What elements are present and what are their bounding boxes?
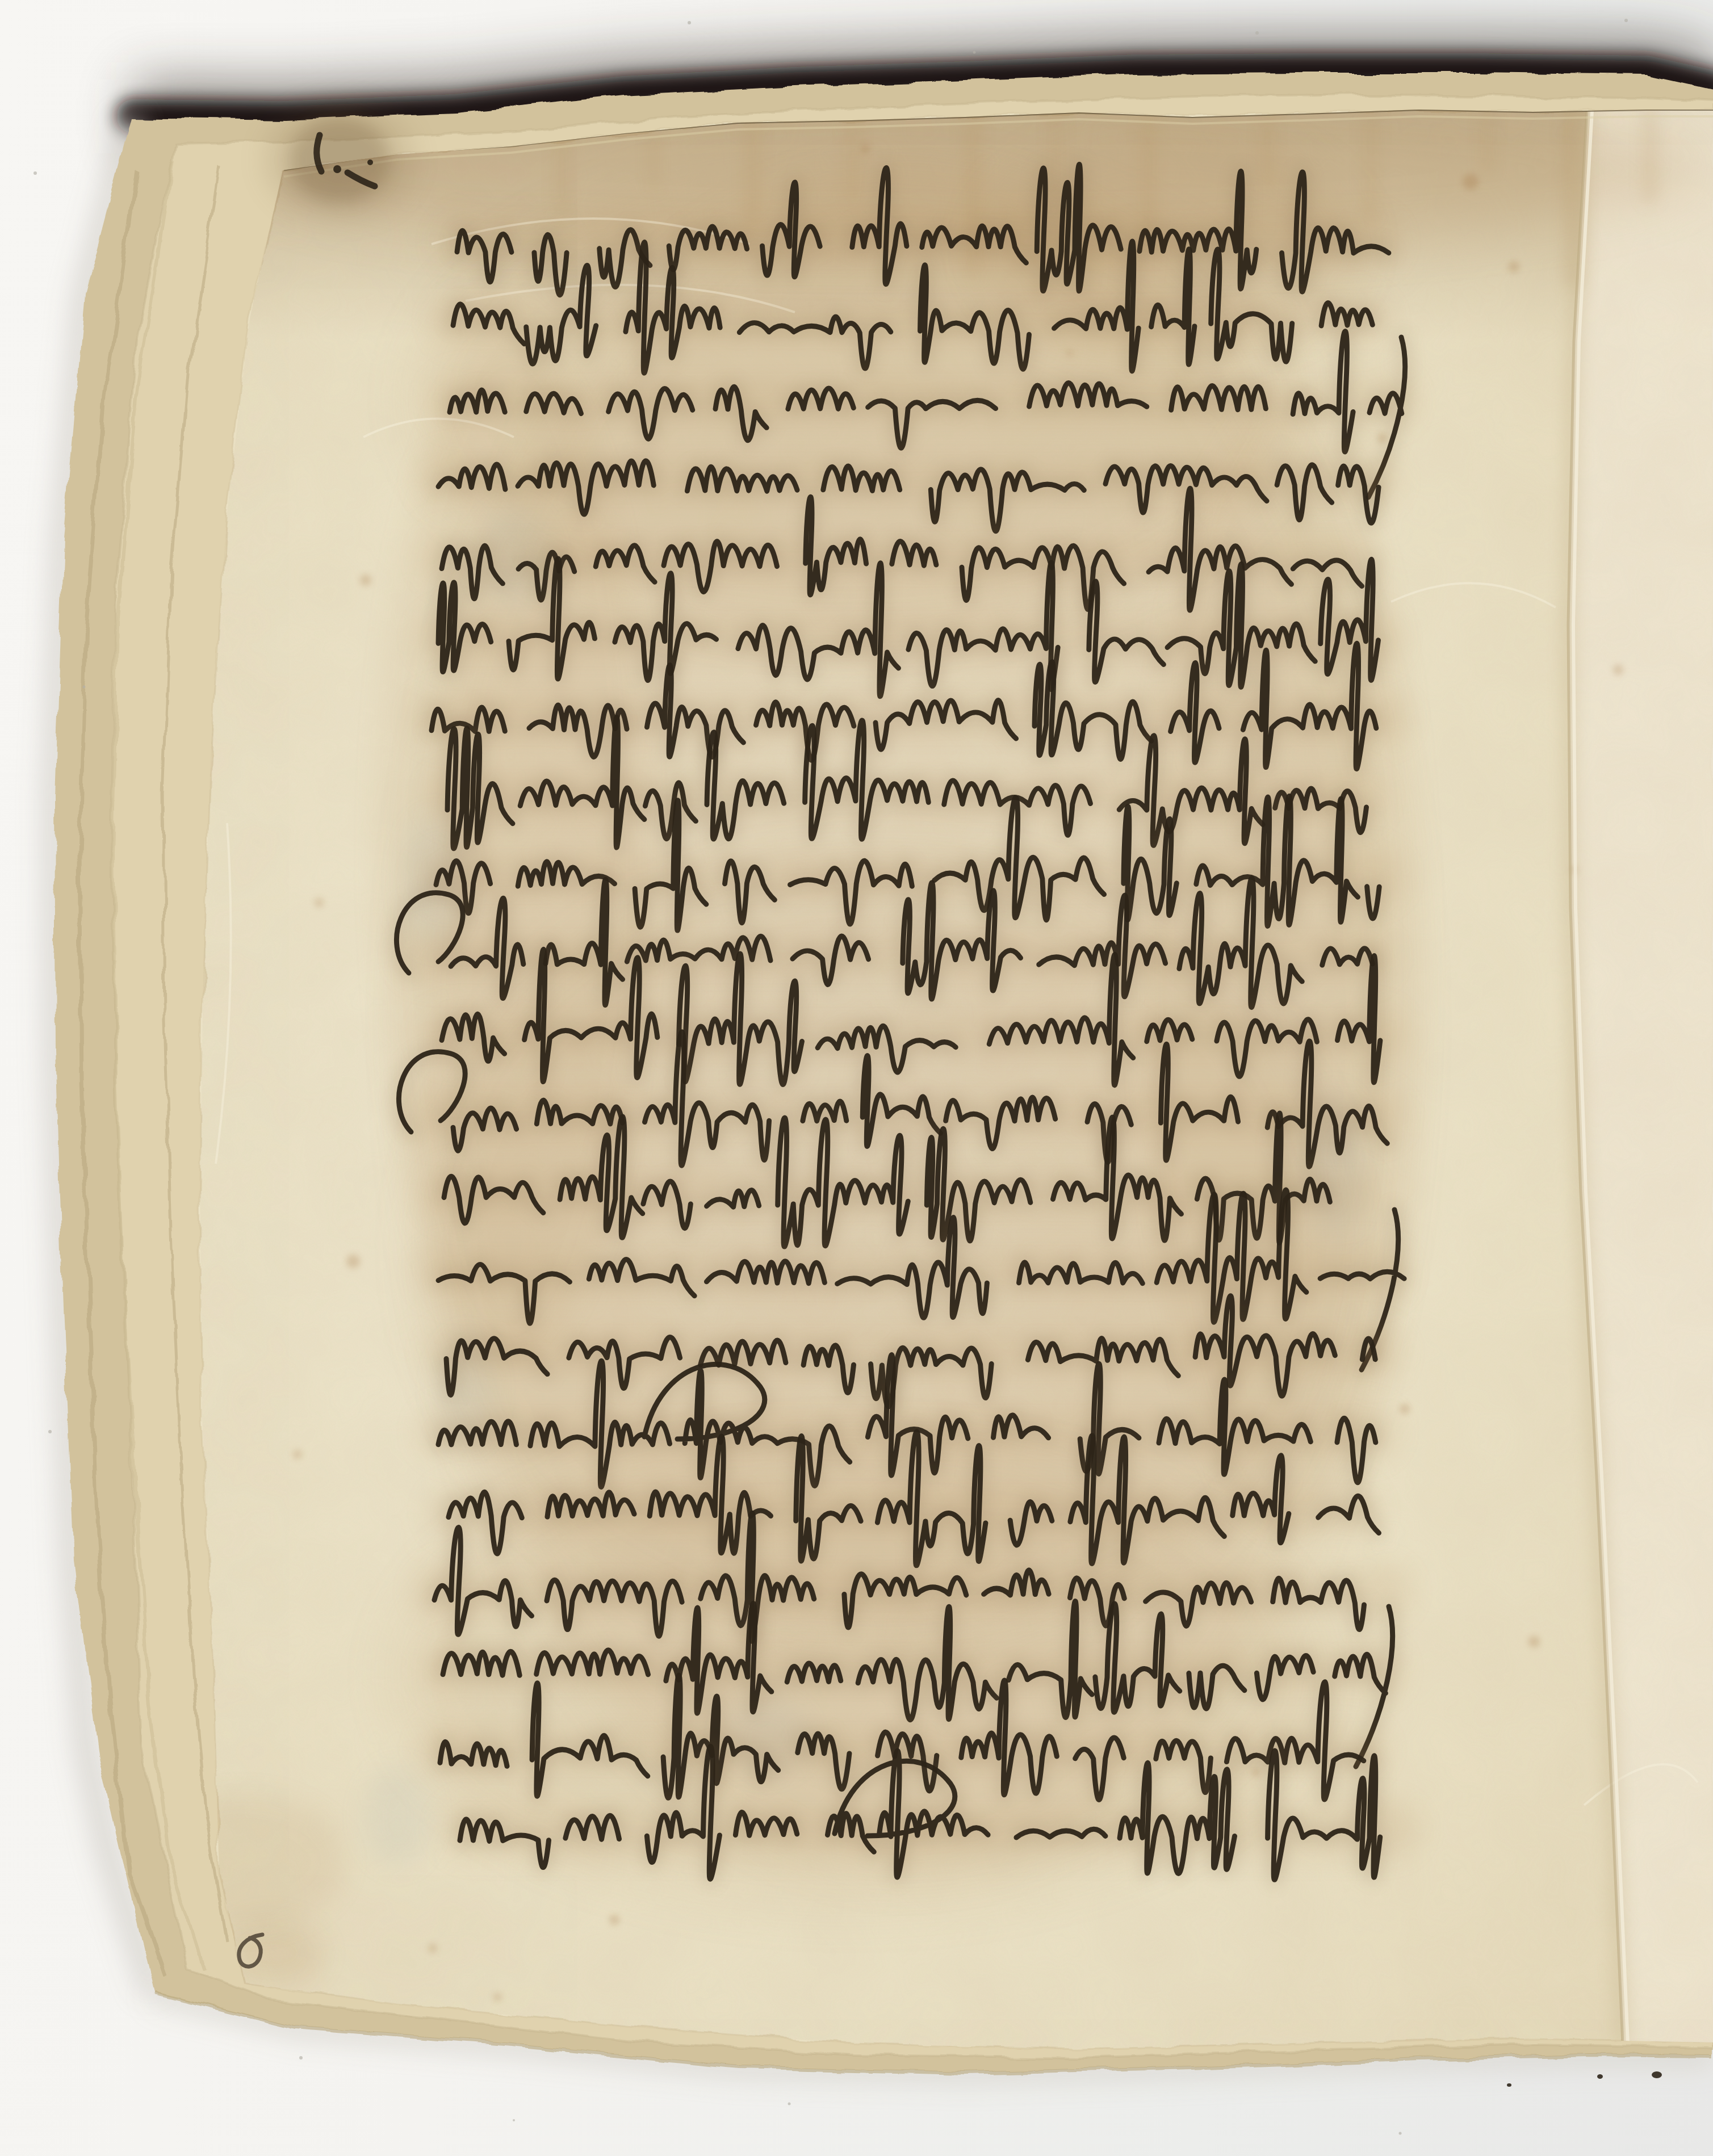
ink-smudge — [290, 118, 389, 203]
dust-speck — [1624, 19, 1628, 22]
foxing-spot — [1400, 1404, 1410, 1414]
foxing-spot — [293, 1450, 302, 1459]
ink-speck — [1597, 2074, 1603, 2079]
foxing-spot — [1463, 174, 1479, 190]
dust-speck — [973, 51, 976, 54]
foxing-spot — [1528, 1636, 1540, 1647]
foxing-spot — [428, 1944, 437, 1953]
foxing-spot — [609, 1915, 619, 1925]
foxing-spot — [1377, 434, 1387, 443]
foxing-spot — [1508, 261, 1519, 272]
foxing-spot — [1613, 665, 1623, 675]
ink-speck — [1652, 2071, 1662, 2078]
foxing-spot — [493, 1993, 501, 2001]
dust-speck — [513, 2119, 515, 2121]
dust-speck — [788, 2103, 791, 2105]
dust-speck — [1399, 2132, 1402, 2135]
manuscript-scan: nominandos seu quos nominandum etiam qui… — [0, 0, 1713, 2156]
foxing-spot — [861, 144, 870, 153]
foxing-spot — [1066, 350, 1073, 356]
ink-speck — [1507, 2083, 1511, 2087]
dust-speck — [48, 1430, 52, 1433]
dust-speck — [33, 171, 37, 175]
foxing-spot — [360, 574, 371, 586]
foxing-spot — [1472, 2082, 1478, 2087]
foxing-spot — [315, 898, 324, 907]
scanner-bed: Scanned page of a late-medieval handwrit… — [0, 0, 1713, 2156]
dust-speck — [688, 21, 691, 24]
dust-speck — [1255, 31, 1259, 35]
dust-speck — [83, 686, 86, 689]
dust-speck — [299, 2056, 303, 2059]
foxing-spot — [346, 1255, 360, 1268]
